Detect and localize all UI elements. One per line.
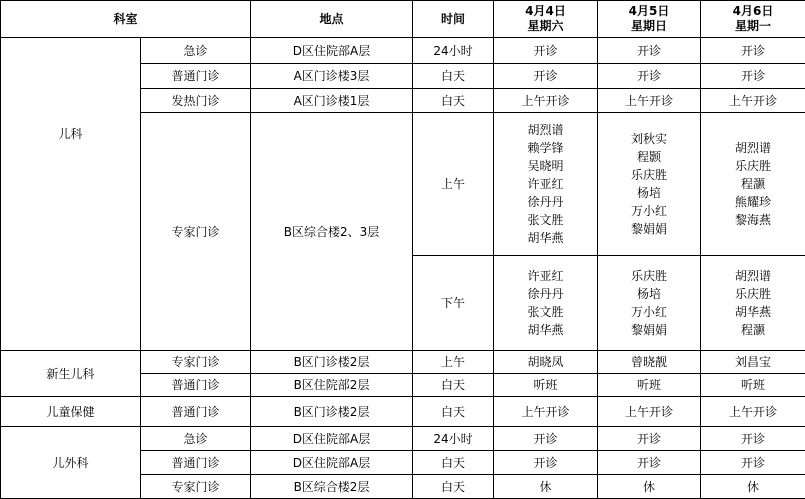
doctor-list: 胡烈谱 乐庆胜 程灏 熊耀珍 黎海燕 bbox=[701, 113, 805, 256]
clinic-location: B区门诊楼2层 bbox=[251, 351, 413, 374]
doctor-name: 程灏 bbox=[701, 321, 805, 339]
clinic-time: 白天 bbox=[413, 475, 494, 499]
clinic-location: D区住院部A层 bbox=[251, 427, 413, 451]
doctor-name: 程灏 bbox=[701, 175, 805, 193]
clinic-schedule-table: 科室 地点 时间 4月4日星期六 4月5日星期日 4月6日星期一 儿科 急诊 D… bbox=[0, 0, 805, 498]
doctor-name: 许亚红 bbox=[494, 267, 597, 285]
day-status: 听班 bbox=[494, 374, 598, 397]
clinic-location: B区综合楼2、3层 bbox=[251, 113, 413, 351]
day-status: 开诊 bbox=[701, 427, 805, 451]
day-status: 开诊 bbox=[701, 38, 805, 64]
day-status: 开诊 bbox=[598, 427, 701, 451]
table-row: 新生儿科 专家门诊 B区门诊楼2层 上午 胡晓凤 曾晓靓 刘昌宝 bbox=[1, 351, 805, 374]
table-row: 儿外科 急诊 D区住院部A层 24小时 开诊 开诊 开诊 bbox=[1, 427, 805, 451]
doctor-name: 胡华燕 bbox=[494, 321, 597, 339]
doctor-list: 乐庆胜 杨培 万小红 黎娟娟 bbox=[598, 256, 701, 351]
clinic-location: B区门诊楼2层 bbox=[251, 397, 413, 427]
doctor-name: 杨培 bbox=[598, 285, 700, 303]
doctor-list: 刘秋实 程颢 乐庆胜 杨培 万小红 黎娟娟 bbox=[598, 113, 701, 256]
doctor-name: 许亚红 bbox=[494, 175, 597, 193]
day-date: 4月5日 bbox=[629, 4, 670, 18]
clinic-type: 专家门诊 bbox=[141, 475, 251, 499]
clinic-time: 白天 bbox=[413, 374, 494, 397]
clinic-time: 24小时 bbox=[413, 427, 494, 451]
department-name: 儿外科 bbox=[1, 427, 141, 499]
doctor-list: 胡烈谱 乐庆胜 胡华燕 程灏 bbox=[701, 256, 805, 351]
department-name: 儿童保健 bbox=[1, 397, 141, 427]
clinic-type: 普通门诊 bbox=[141, 451, 251, 475]
day-status: 上午开诊 bbox=[701, 89, 805, 113]
header-location: 地点 bbox=[251, 1, 413, 38]
clinic-type: 普通门诊 bbox=[141, 397, 251, 427]
table-row: 儿童保健 普通门诊 B区门诊楼2层 白天 上午开诊 上午开诊 上午开诊 bbox=[1, 397, 805, 427]
clinic-type: 专家门诊 bbox=[141, 351, 251, 374]
clinic-time: 白天 bbox=[413, 451, 494, 475]
clinic-location: D区住院部A层 bbox=[251, 38, 413, 64]
clinic-location: A区门诊楼3层 bbox=[251, 64, 413, 89]
header-time: 时间 bbox=[413, 1, 494, 38]
doctor-name: 胡烈谱 bbox=[701, 267, 805, 285]
day-status: 休 bbox=[494, 475, 598, 499]
clinic-type: 专家门诊 bbox=[141, 113, 251, 351]
session-time: 下午 bbox=[413, 256, 494, 351]
day-weekday: 星期一 bbox=[735, 19, 771, 33]
doctor-name: 黎娟娟 bbox=[598, 220, 700, 238]
header-day-1: 4月4日星期六 bbox=[494, 1, 598, 38]
doctor-name: 程颢 bbox=[598, 148, 700, 166]
doctor-name: 胡华燕 bbox=[701, 303, 805, 321]
doctor-name: 胡烈谱 bbox=[701, 139, 805, 157]
day-status: 上午开诊 bbox=[598, 397, 701, 427]
clinic-location: B区住院部2层 bbox=[251, 374, 413, 397]
clinic-location: A区门诊楼1层 bbox=[251, 89, 413, 113]
day-status: 上午开诊 bbox=[598, 89, 701, 113]
day-status: 开诊 bbox=[701, 64, 805, 89]
day-date: 4月4日 bbox=[525, 4, 566, 18]
clinic-type: 急诊 bbox=[141, 427, 251, 451]
doctor-name: 张文胜 bbox=[494, 211, 597, 229]
doctor-name: 黎娟娟 bbox=[598, 321, 700, 339]
doctor-name: 乐庆胜 bbox=[598, 166, 700, 184]
day-date: 4月6日 bbox=[733, 4, 774, 18]
day-status: 开诊 bbox=[494, 427, 598, 451]
clinic-type: 普通门诊 bbox=[141, 374, 251, 397]
day-status: 开诊 bbox=[494, 64, 598, 89]
header-row: 科室 地点 时间 4月4日星期六 4月5日星期日 4月6日星期一 bbox=[1, 1, 805, 38]
clinic-location: D区住院部A层 bbox=[251, 451, 413, 475]
header-department: 科室 bbox=[1, 1, 251, 38]
header-day-2: 4月5日星期日 bbox=[598, 1, 701, 38]
clinic-time: 24小时 bbox=[413, 38, 494, 64]
doctor-name: 吴晓明 bbox=[494, 157, 597, 175]
header-day-3: 4月6日星期一 bbox=[701, 1, 805, 38]
day-status: 刘昌宝 bbox=[701, 351, 805, 374]
day-weekday: 星期六 bbox=[528, 19, 564, 33]
doctor-name: 熊耀珍 bbox=[701, 193, 805, 211]
doctor-name: 杨培 bbox=[598, 184, 700, 202]
day-status: 开诊 bbox=[494, 38, 598, 64]
clinic-time: 上午 bbox=[413, 351, 494, 374]
doctor-name: 万小红 bbox=[598, 303, 700, 321]
doctor-name: 徐丹丹 bbox=[494, 193, 597, 211]
doctor-name: 乐庆胜 bbox=[598, 267, 700, 285]
clinic-time: 白天 bbox=[413, 64, 494, 89]
day-status: 开诊 bbox=[598, 451, 701, 475]
doctor-name: 胡烈谱 bbox=[494, 121, 597, 139]
day-status: 曾晓靓 bbox=[598, 351, 701, 374]
session-time: 上午 bbox=[413, 113, 494, 256]
doctor-name: 胡华燕 bbox=[494, 229, 597, 247]
clinic-time: 白天 bbox=[413, 89, 494, 113]
day-status: 胡晓凤 bbox=[494, 351, 598, 374]
doctor-name: 万小红 bbox=[598, 202, 700, 220]
doctor-name: 乐庆胜 bbox=[701, 285, 805, 303]
day-status: 休 bbox=[598, 475, 701, 499]
clinic-type: 发热门诊 bbox=[141, 89, 251, 113]
day-status: 开诊 bbox=[494, 451, 598, 475]
day-status: 开诊 bbox=[598, 64, 701, 89]
day-status: 上午开诊 bbox=[494, 397, 598, 427]
day-status: 上午开诊 bbox=[701, 397, 805, 427]
clinic-type: 普通门诊 bbox=[141, 64, 251, 89]
doctor-name: 乐庆胜 bbox=[701, 157, 805, 175]
doctor-name: 张文胜 bbox=[494, 303, 597, 321]
department-name: 儿科 bbox=[1, 38, 141, 351]
doctor-name: 徐丹丹 bbox=[494, 285, 597, 303]
doctor-list: 许亚红 徐丹丹 张文胜 胡华燕 bbox=[494, 256, 598, 351]
day-status: 开诊 bbox=[701, 451, 805, 475]
table-row: 儿科 急诊 D区住院部A层 24小时 开诊 开诊 开诊 bbox=[1, 38, 805, 64]
day-status: 休 bbox=[701, 475, 805, 499]
clinic-location: B区综合楼2层 bbox=[251, 475, 413, 499]
day-status: 听班 bbox=[598, 374, 701, 397]
doctor-name: 刘秋实 bbox=[598, 130, 700, 148]
day-weekday: 星期日 bbox=[631, 19, 667, 33]
doctor-name: 黎海燕 bbox=[701, 211, 805, 229]
clinic-type: 急诊 bbox=[141, 38, 251, 64]
day-status: 开诊 bbox=[598, 38, 701, 64]
doctor-name: 赖学锋 bbox=[494, 139, 597, 157]
department-name: 新生儿科 bbox=[1, 351, 141, 397]
day-status: 上午开诊 bbox=[494, 89, 598, 113]
day-status: 听班 bbox=[701, 374, 805, 397]
doctor-list: 胡烈谱 赖学锋 吴晓明 许亚红 徐丹丹 张文胜 胡华燕 bbox=[494, 113, 598, 256]
clinic-time: 白天 bbox=[413, 397, 494, 427]
